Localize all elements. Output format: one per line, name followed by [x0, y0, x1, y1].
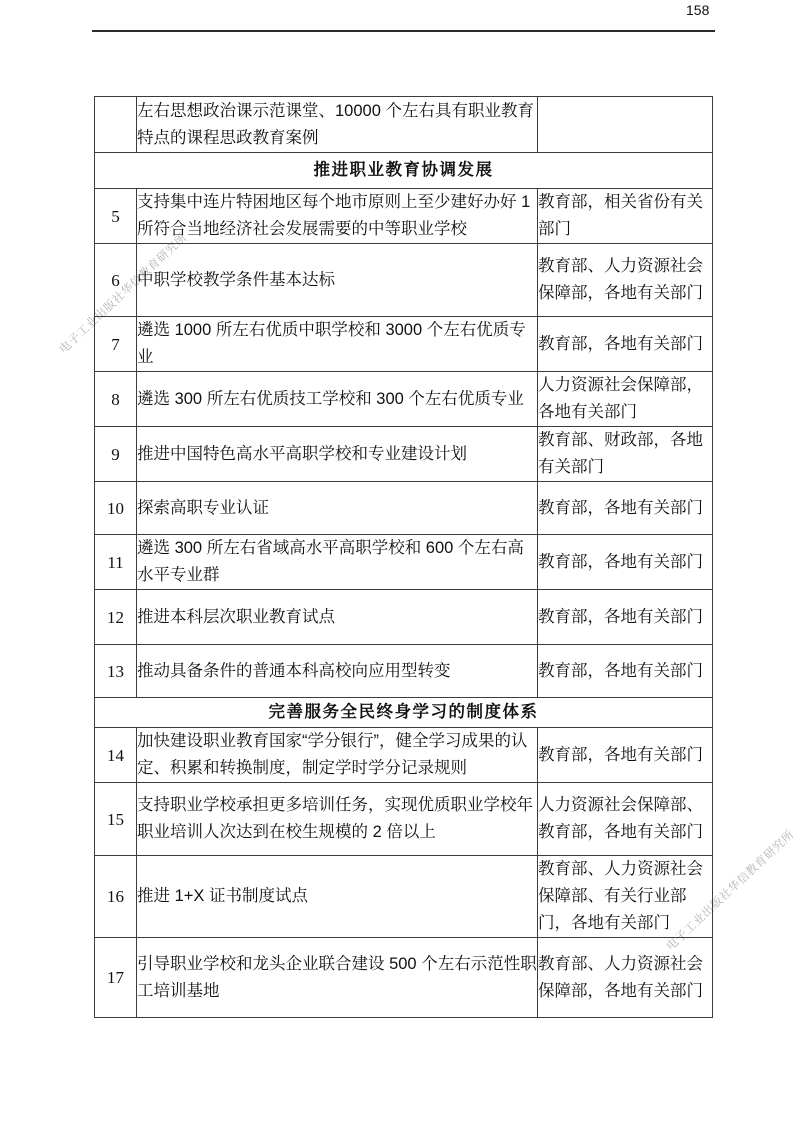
- table-row: 13 推动具备条件的普通本科高校向应用型转变 教育部，各地有关部门: [95, 645, 713, 698]
- department-cell: 教育部，相关省份有关部门: [538, 189, 713, 244]
- table-row: 5 支持集中连片特困地区每个地市原则上至少建好办好 1 所符合当地经济社会发展需…: [95, 189, 713, 244]
- page-number: 158: [686, 2, 716, 18]
- row-number-cell: 10: [95, 482, 137, 535]
- task-cell: 遴选 1000 所左右优质中职学校和 3000 个左右优质专业: [137, 317, 538, 372]
- task-cell: 遴选 300 所左右省域高水平高职学校和 600 个左右高水平专业群: [137, 535, 538, 590]
- table-row: 16 推进 1+X 证书制度试点 教育部、人力资源社会保障部、有关行业部门，各地…: [95, 856, 713, 938]
- department-cell: 教育部，各地有关部门: [538, 317, 713, 372]
- row-number-cell: 16: [95, 856, 137, 938]
- table-row: 10 探索高职专业认证 教育部，各地有关部门: [95, 482, 713, 535]
- table-row: 8 遴选 300 所左右优质技工学校和 300 个左右优质专业 人力资源社会保障…: [95, 372, 713, 427]
- row-number-cell: 14: [95, 728, 137, 783]
- table-row: 14 加快建设职业教育国家“学分银行”，健全学习成果的认定、积累和转换制度，制定…: [95, 728, 713, 783]
- row-number-cell: 13: [95, 645, 137, 698]
- row-number-cell: 6: [95, 244, 137, 317]
- table-row: 15 支持职业学校承担更多培训任务，实现优质职业学校年职业培训人次达到在校生规模…: [95, 783, 713, 856]
- document-page: 158 电子工业出版社华信教育研究所 电子工业出版社华信教育研究所 左右思想政治…: [0, 0, 793, 1122]
- task-cell: 中职学校教学条件基本达标: [137, 244, 538, 317]
- header-rule: [92, 30, 715, 32]
- row-number-cell: 5: [95, 189, 137, 244]
- row-number-cell: 11: [95, 535, 137, 590]
- department-cell: 人力资源社会保障部，各地有关部门: [538, 372, 713, 427]
- row-number-cell: 8: [95, 372, 137, 427]
- department-cell: [538, 97, 713, 153]
- department-cell: 教育部，各地有关部门: [538, 645, 713, 698]
- row-number-cell: 9: [95, 427, 137, 482]
- task-cell: 遴选 300 所左右优质技工学校和 300 个左右优质专业: [137, 372, 538, 427]
- department-cell: 教育部，各地有关部门: [538, 482, 713, 535]
- department-cell: 教育部，各地有关部门: [538, 728, 713, 783]
- department-cell: 教育部，各地有关部门: [538, 590, 713, 645]
- task-cell: 推进 1+X 证书制度试点: [137, 856, 538, 938]
- task-cell: 左右思想政治课示范课堂、10000 个左右具有职业教育特点的课程思政教育案例: [137, 97, 538, 153]
- task-cell: 支持职业学校承担更多培训任务，实现优质职业学校年职业培训人次达到在校生规模的 2…: [137, 783, 538, 856]
- table-row: 7 遴选 1000 所左右优质中职学校和 3000 个左右优质专业 教育部，各地…: [95, 317, 713, 372]
- task-cell: 引导职业学校和龙头企业联合建设 500 个左右示范性职工培训基地: [137, 938, 538, 1018]
- task-cell: 推进中国特色高水平高职学校和专业建设计划: [137, 427, 538, 482]
- table-row: 左右思想政治课示范课堂、10000 个左右具有职业教育特点的课程思政教育案例: [95, 97, 713, 153]
- table-row: 12 推进本科层次职业教育试点 教育部，各地有关部门: [95, 590, 713, 645]
- task-cell: 探索高职专业认证: [137, 482, 538, 535]
- section-header-row: 完善服务全民终身学习的制度体系: [95, 698, 713, 728]
- row-number-cell: 7: [95, 317, 137, 372]
- task-cell: 加快建设职业教育国家“学分银行”，健全学习成果的认定、积累和转换制度，制定学时学…: [137, 728, 538, 783]
- department-cell: 人力资源社会保障部、教育部，各地有关部门: [538, 783, 713, 856]
- section-header-row: 推进职业教育协调发展: [95, 153, 713, 189]
- department-cell: 教育部、财政部，各地有关部门: [538, 427, 713, 482]
- table-row: 11 遴选 300 所左右省域高水平高职学校和 600 个左右高水平专业群 教育…: [95, 535, 713, 590]
- department-cell: 教育部、人力资源社会保障部，各地有关部门: [538, 938, 713, 1018]
- row-number-cell: 17: [95, 938, 137, 1018]
- task-cell: 推动具备条件的普通本科高校向应用型转变: [137, 645, 538, 698]
- task-cell: 支持集中连片特困地区每个地市原则上至少建好办好 1 所符合当地经济社会发展需要的…: [137, 189, 538, 244]
- table-row: 17 引导职业学校和龙头企业联合建设 500 个左右示范性职工培训基地 教育部、…: [95, 938, 713, 1018]
- section-title: 推进职业教育协调发展: [95, 153, 713, 189]
- row-number-cell: [95, 97, 137, 153]
- department-cell: 教育部、人力资源社会保障部、有关行业部门，各地有关部门: [538, 856, 713, 938]
- department-cell: 教育部，各地有关部门: [538, 535, 713, 590]
- task-cell: 推进本科层次职业教育试点: [137, 590, 538, 645]
- row-number-cell: 15: [95, 783, 137, 856]
- table-row: 9 推进中国特色高水平高职学校和专业建设计划 教育部、财政部，各地有关部门: [95, 427, 713, 482]
- section-title: 完善服务全民终身学习的制度体系: [95, 698, 713, 728]
- table-row: 6 中职学校教学条件基本达标 教育部、人力资源社会保障部，各地有关部门: [95, 244, 713, 317]
- department-cell: 教育部、人力资源社会保障部，各地有关部门: [538, 244, 713, 317]
- row-number-cell: 12: [95, 590, 137, 645]
- plan-table: 左右思想政治课示范课堂、10000 个左右具有职业教育特点的课程思政教育案例 推…: [94, 96, 713, 1018]
